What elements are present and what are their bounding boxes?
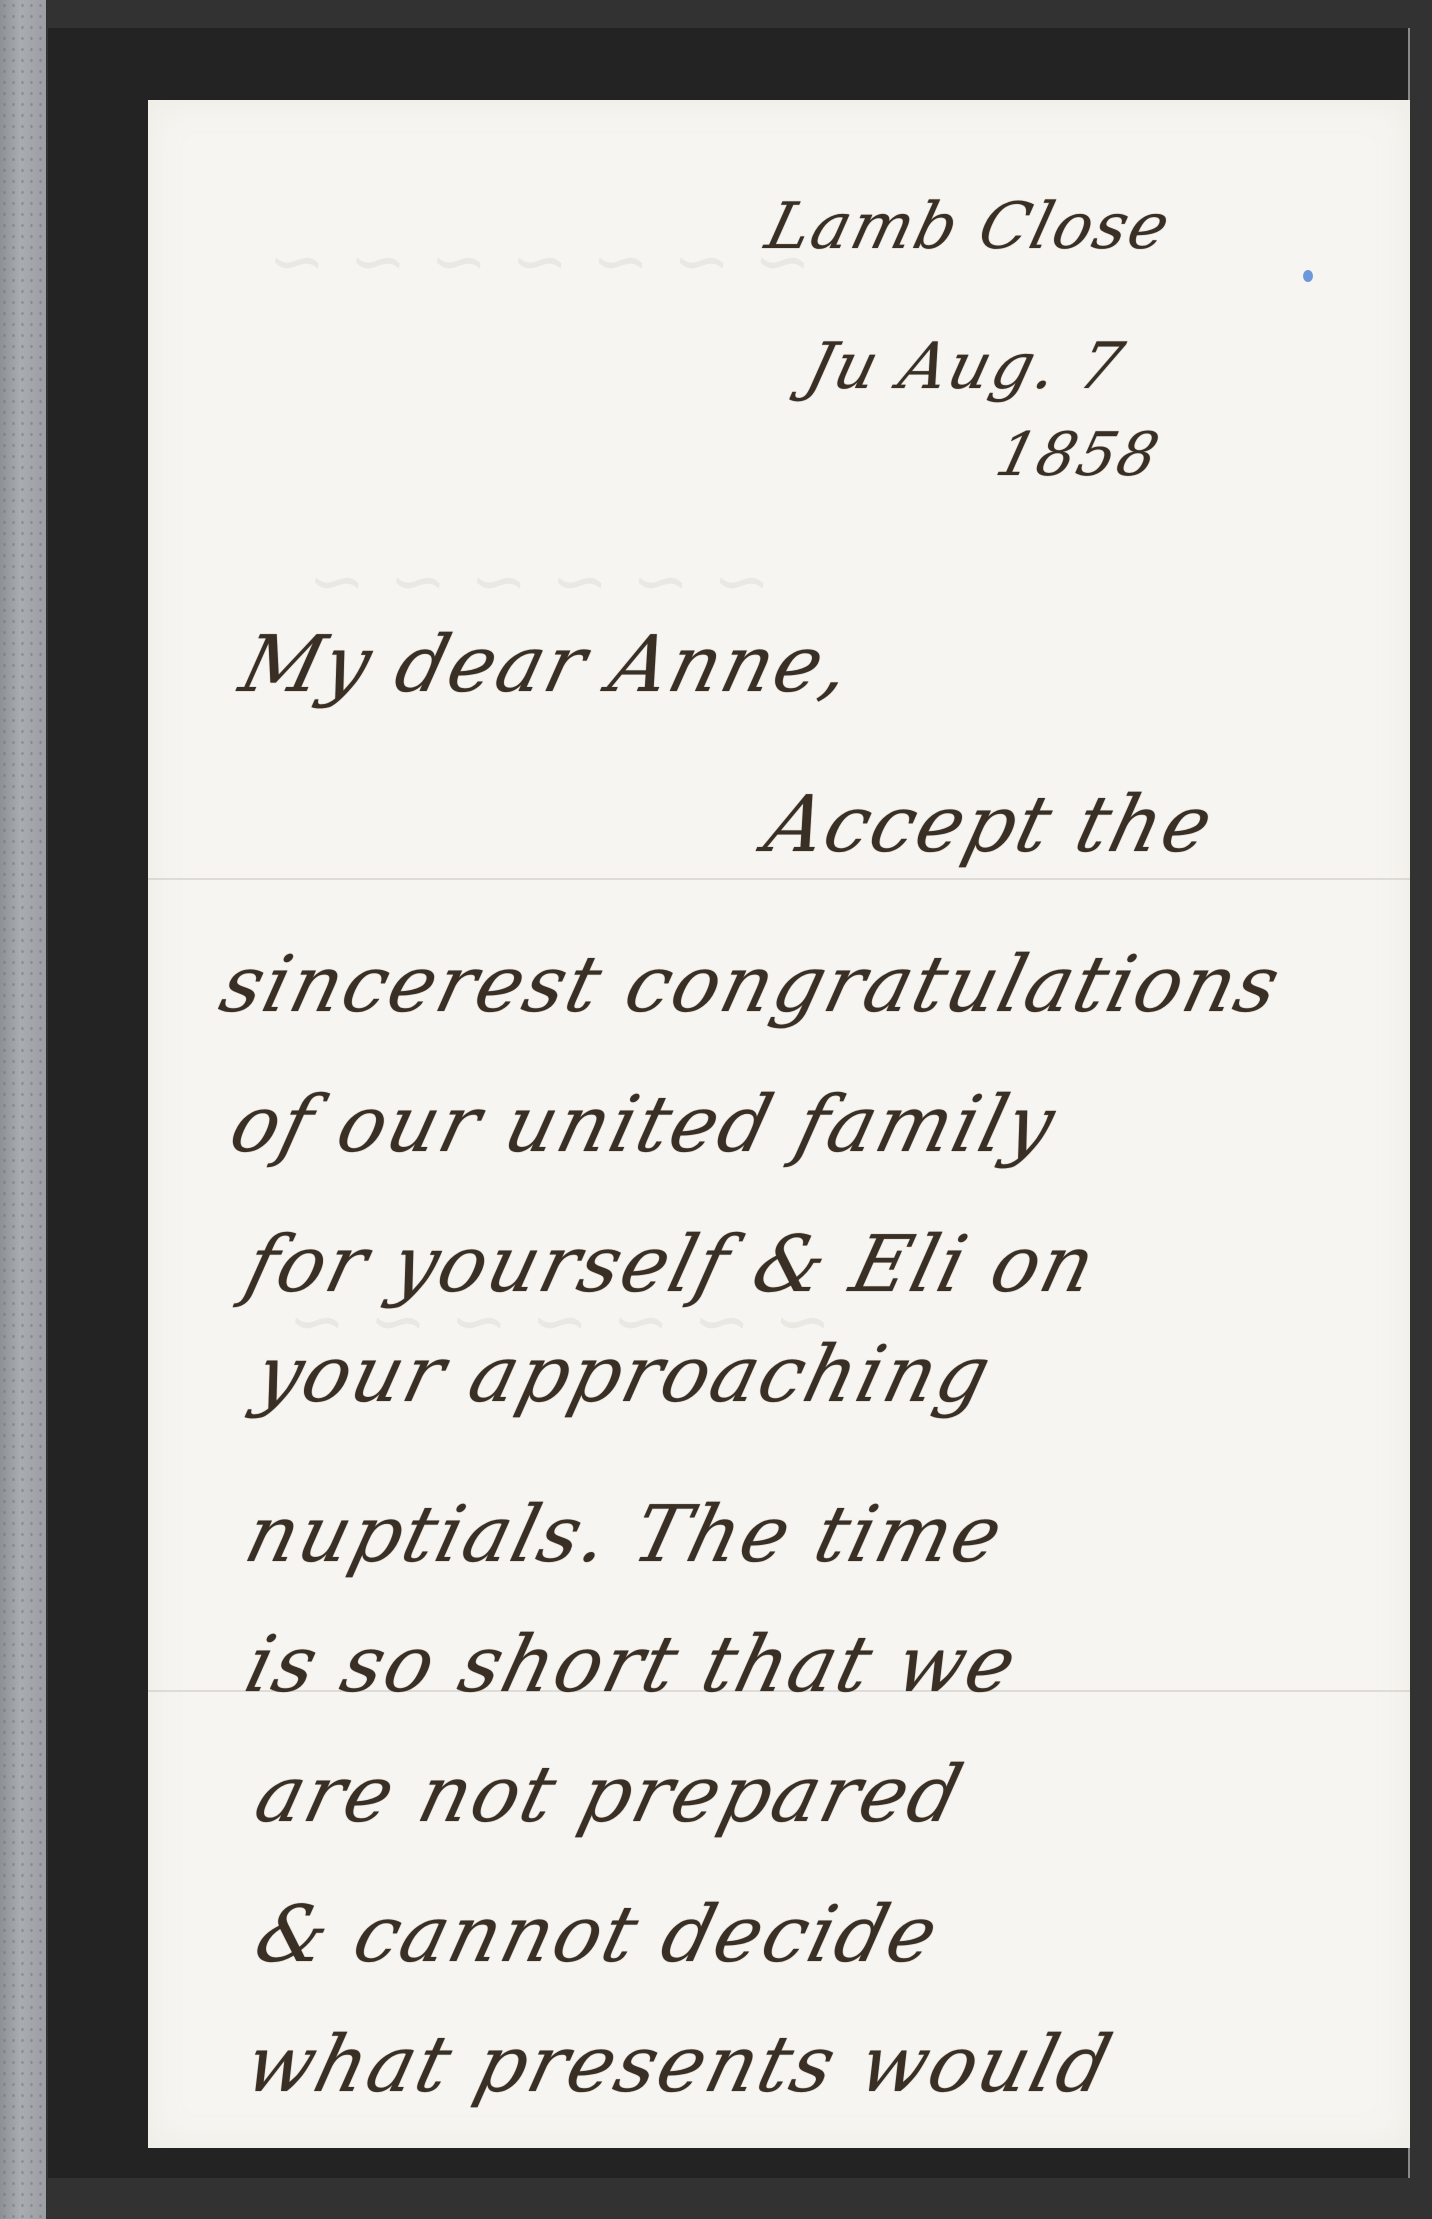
- body-line: what presents would: [237, 2020, 1122, 2110]
- body-line: for yourself & Eli on: [237, 1220, 1106, 1310]
- body-line: nuptials. The time: [237, 1490, 1013, 1580]
- letter-year: 1858: [989, 420, 1167, 490]
- body-line: of our united family: [222, 1080, 1065, 1170]
- fold-line: [148, 878, 1410, 880]
- letter-date: Ju Aug. 7: [799, 330, 1132, 404]
- binding-strip: [0, 0, 46, 2219]
- body-line: Accept the: [757, 780, 1223, 870]
- bleed-through-text: ~ ~ ~ ~ ~ ~ ~: [261, 220, 820, 302]
- bleed-through-text: ~ ~ ~ ~ ~ ~: [301, 540, 779, 622]
- letter-page: ~ ~ ~ ~ ~ ~ ~ ~ ~ ~ ~ ~ ~ ~ ~ ~ ~ ~ ~ ~ …: [148, 100, 1410, 2148]
- body-line: sincerest congratulations: [212, 940, 1290, 1030]
- body-line: is so short that we: [237, 1620, 1027, 1710]
- mourning-border: ~ ~ ~ ~ ~ ~ ~ ~ ~ ~ ~ ~ ~ ~ ~ ~ ~ ~ ~ ~ …: [48, 28, 1410, 2178]
- blue-ink-spot: [1303, 270, 1313, 282]
- letter-place: Lamb Close: [759, 190, 1179, 264]
- body-line: your approaching: [247, 1330, 1001, 1420]
- body-line: are not prepared: [247, 1750, 973, 1840]
- letter-greeting: My dear Anne,: [232, 620, 862, 710]
- body-line: & cannot decide: [247, 1890, 948, 1980]
